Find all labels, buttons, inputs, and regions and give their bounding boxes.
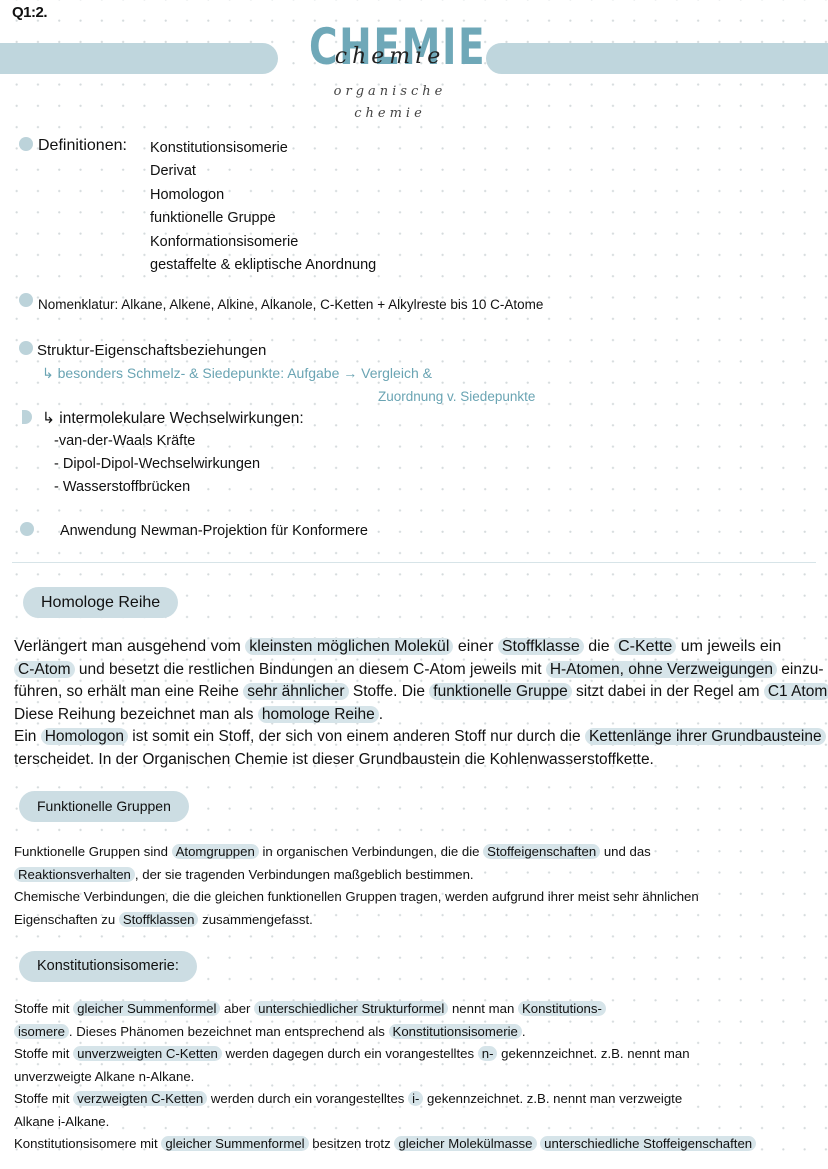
text-segment: um jeweils ein xyxy=(676,638,781,655)
highlighted-term: n- xyxy=(478,1046,498,1061)
text-segment: Diese Reihung bezeichnet man als xyxy=(14,706,258,723)
paragraph-line: Konstitutionsisomere mit gleicher Summen… xyxy=(14,1133,819,1156)
text-segment: führen, so erhält man eine Reihe xyxy=(14,683,243,700)
text-segment: ist somit ein Stoff, der sich von einem … xyxy=(128,728,585,745)
bullet-dot-icon xyxy=(19,137,33,151)
title-script-overlay: chemie xyxy=(270,44,510,69)
text-segment: Alkane i-Alkane. xyxy=(14,1114,109,1129)
text-segment: Chemische Verbindungen, die die gleichen… xyxy=(14,889,699,904)
subtitle-line-2: chemie xyxy=(290,106,490,121)
text-segment: Konstitutionsisomere mit xyxy=(14,1136,161,1151)
section-heading-funktionelle-gruppen: Funktionelle Gruppen xyxy=(19,791,189,822)
text-segment: und besetzt die restlichen Bindungen an … xyxy=(75,661,546,678)
text-segment: die xyxy=(584,638,614,655)
definition-item: funktionelle Gruppe xyxy=(150,207,376,230)
text-segment: . xyxy=(379,706,383,723)
highlighted-term: Stoffklasse xyxy=(498,638,584,655)
highlighted-term: verzweigten C-Ketten xyxy=(73,1091,207,1106)
bullet-dot-icon xyxy=(19,341,33,355)
paragraph-line: Diese Reihung bezeichnet man als homolog… xyxy=(14,704,819,727)
text-segment: Funktionelle Gruppen sind xyxy=(14,844,172,859)
paragraph-line: Stoffe mit gleicher Summenformel aber un… xyxy=(14,998,819,1021)
nomenclature-line: Nomenklatur: Alkane, Alkene, Alkine, Alk… xyxy=(38,297,543,312)
section-heading-konstitutionsisomerie: Konstitutionsisomerie: xyxy=(19,951,197,982)
paragraph-line: führen, so erhält man eine Reihe sehr äh… xyxy=(14,681,819,704)
text-segment: Ein xyxy=(14,728,41,745)
text-segment: Stoffe. Die xyxy=(349,683,430,700)
definition-item: Konstitutionsisomerie xyxy=(150,137,376,160)
definition-item: gestaffelte & ekliptische Anordnung xyxy=(150,254,376,277)
text-segment: werden dagegen durch ein vorangestelltes xyxy=(222,1046,478,1061)
paragraph-line: unverzweigte Alkane n-Alkane. xyxy=(14,1066,819,1089)
text-segment: . Dieses Phänomen bezeichnet man entspre… xyxy=(69,1024,389,1039)
text-segment: unverzweigte Alkane n-Alkane. xyxy=(14,1069,194,1084)
paragraph-funktionelle-gruppen: Funktionelle Gruppen sind Atomgruppen in… xyxy=(14,841,819,931)
highlighted-term: C-Atom xyxy=(14,661,75,678)
text-segment: und das xyxy=(600,844,651,859)
paragraph-line: Alkane i-Alkane. xyxy=(14,1111,819,1134)
definition-item: Derivat xyxy=(150,160,376,183)
text-segment: werden durch ein vorangestelltes xyxy=(207,1091,408,1106)
text-segment: Verlängert man ausgehend vom xyxy=(14,638,245,655)
title-band-left xyxy=(0,43,278,74)
highlighted-term: i- xyxy=(408,1091,423,1106)
section-divider xyxy=(12,562,816,563)
text-segment: , der sie tragenden Verbindungen maßgebl… xyxy=(135,867,474,882)
text-segment: Stoffe mit xyxy=(14,1001,73,1016)
text-segment: in organischen Verbindungen, die die xyxy=(259,844,483,859)
intermolecular-item: - Dipol-Dipol-Wechselwirkungen xyxy=(54,456,260,472)
definition-item: Konformationsisomerie xyxy=(150,231,376,254)
text-segment: Stoffe mit xyxy=(14,1046,73,1061)
highlighted-term: C1 Atom xyxy=(764,683,828,700)
title-band-right xyxy=(486,43,828,74)
text-segment: einer xyxy=(453,638,497,655)
highlighted-term: Atomgruppen xyxy=(172,844,259,859)
highlighted-term: isomere xyxy=(14,1024,69,1039)
paragraph-line: C-Atom und besetzt die restlichen Bindun… xyxy=(14,659,819,682)
paragraph-line: Funktionelle Gruppen sind Atomgruppen in… xyxy=(14,841,819,864)
text-segment: zusammengefasst. xyxy=(198,912,312,927)
text-segment: sitzt dabei in der Regel am xyxy=(572,683,764,700)
definitions-label: Definitionen: xyxy=(38,137,127,155)
page-number: Q1:2. xyxy=(12,4,47,21)
highlighted-term: gleicher Molekülmasse xyxy=(394,1136,536,1151)
highlighted-term: gleicher Summenformel xyxy=(161,1136,308,1151)
paragraph-line: Stoffe mit unverzweigten C-Ketten werden… xyxy=(14,1043,819,1066)
highlighted-term: H-Atomen, ohne Verzweigungen xyxy=(546,661,777,678)
subtitle-line-1: organische xyxy=(290,84,490,99)
highlighted-term: gleicher Summenformel xyxy=(73,1001,220,1016)
structure-sub-line-2: Zuordnung v. Siedepunkte xyxy=(378,389,535,404)
definitions-list: Konstitutionsisomerie Derivat Homologon … xyxy=(150,137,376,277)
structure-property-label: Struktur-Eigenschaftsbeziehungen xyxy=(37,342,266,359)
highlighted-term: Stoffklassen xyxy=(119,912,199,927)
bullet-dot-icon xyxy=(20,522,34,536)
paragraph-line: Chemische Verbindungen, die die gleichen… xyxy=(14,886,819,909)
paragraph-konstitutionsisomerie: Stoffe mit gleicher Summenformel aber un… xyxy=(14,998,819,1156)
highlighted-term: Stoffeigenschaften xyxy=(483,844,600,859)
highlighted-term: unterschiedlicher Strukturformel xyxy=(254,1001,448,1016)
highlighted-term: Konstitutions- xyxy=(518,1001,606,1016)
text-segment: gekennzeichnet. z.B. nennt man verzweigt… xyxy=(423,1091,682,1106)
highlighted-term: sehr ähnlicher xyxy=(243,683,348,700)
structure-sub-line-1: ↳ besonders Schmelz- & Siedepunkte: Aufg… xyxy=(42,365,432,382)
text-segment: . xyxy=(522,1024,526,1039)
highlighted-term: Reaktionsverhalten xyxy=(14,867,135,882)
highlighted-term: homologe Reihe xyxy=(258,706,379,723)
highlighted-term: Homologon xyxy=(41,728,128,745)
text-segment: aber xyxy=(220,1001,254,1016)
highlighted-term: unverzweigten C-Ketten xyxy=(73,1046,222,1061)
definition-item: Homologon xyxy=(150,184,376,207)
paragraph-homologe-reihe: Verlängert man ausgehend vom kleinsten m… xyxy=(14,636,819,771)
highlighted-term: Kettenlänge ihrer Grundbausteine xyxy=(585,728,826,745)
paragraph-line: Stoffe mit verzweigten C-Ketten werden d… xyxy=(14,1088,819,1111)
paragraph-line: Verlängert man ausgehend vom kleinsten m… xyxy=(14,636,819,659)
half-bullet-icon xyxy=(22,410,32,424)
text-segment: einzu- xyxy=(777,661,824,678)
intermolecular-item: - Wasserstoffbrücken xyxy=(54,479,190,495)
paragraph-line: terscheidet. In der Organischen Chemie i… xyxy=(14,749,819,772)
highlighted-term: kleinsten möglichen Molekül xyxy=(245,638,453,655)
intermolecular-item: -van-der-Waals Kräfte xyxy=(54,433,195,449)
text-segment: gekennzeichnet. z.B. nennt man xyxy=(497,1046,689,1061)
text-segment: terscheidet. In der Organischen Chemie i… xyxy=(14,751,654,768)
paragraph-line: Ein Homologon ist somit ein Stoff, der s… xyxy=(14,726,819,749)
text-segment: Eigenschaften zu xyxy=(14,912,119,927)
intermolecular-label: ↳ intermolekulare Wechselwirkungen: xyxy=(42,409,304,428)
bullet-dot-icon xyxy=(19,293,33,307)
text-segment: Stoffe mit xyxy=(14,1091,73,1106)
text-segment: nennt man xyxy=(448,1001,518,1016)
text-segment: besitzen trotz xyxy=(309,1136,395,1151)
paragraph-line: Reaktionsverhalten, der sie tragenden Ve… xyxy=(14,864,819,887)
section-heading-homologe-reihe: Homologe Reihe xyxy=(23,587,178,618)
highlighted-term: Konstitutionsisomerie xyxy=(389,1024,522,1039)
highlighted-term: C-Kette xyxy=(614,638,676,655)
highlighted-term: funktionelle Gruppe xyxy=(429,683,571,700)
paragraph-line: Eigenschaften zu Stoffklassen zusammenge… xyxy=(14,909,819,932)
application-line: Anwendung Newman-Projektion für Konforme… xyxy=(60,523,368,539)
highlighted-term: unterschiedliche Stoffeigenschaften xyxy=(540,1136,756,1151)
paragraph-line: isomere. Dieses Phänomen bezeichnet man … xyxy=(14,1021,819,1044)
